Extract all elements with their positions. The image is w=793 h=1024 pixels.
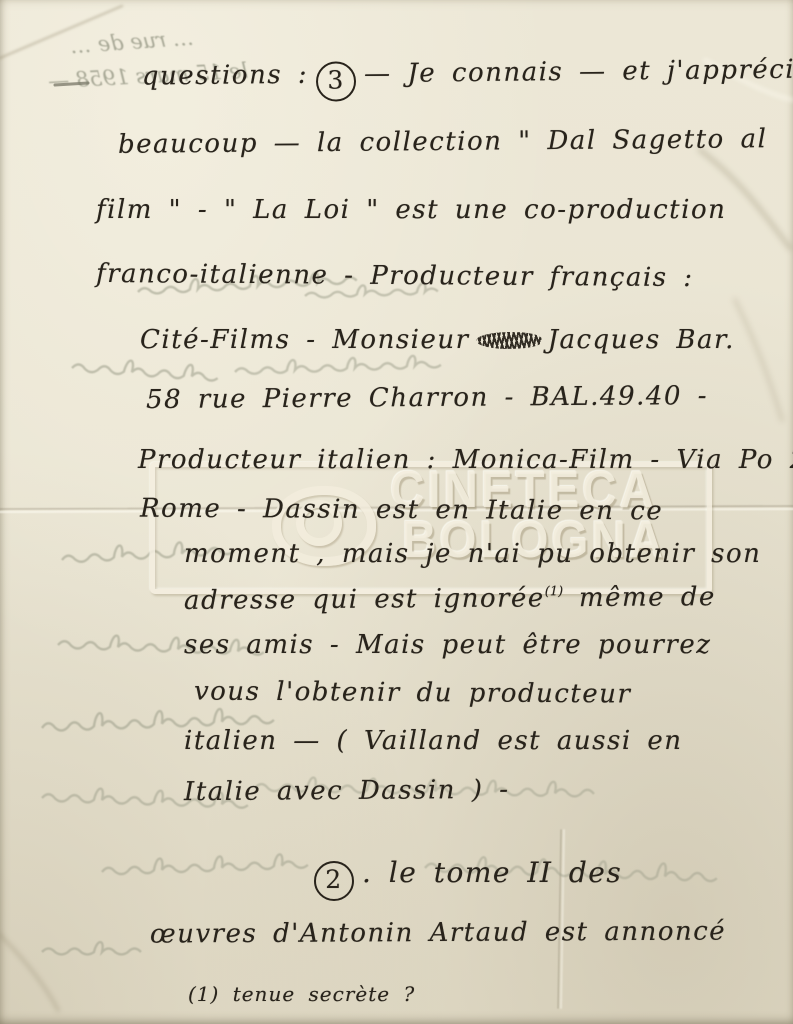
circled-number-3: 3 (316, 61, 356, 101)
handwritten-line: franco-italienne - Producteur français : (96, 259, 694, 293)
handwritten-line: beaucoup — la collection " Dal Sagetto a… (118, 124, 768, 160)
scribbled-out-word (475, 331, 542, 350)
bleedthrough-squiggle (102, 853, 308, 874)
bleedthrough-address-line: … rue de … (69, 26, 194, 59)
handwritten-line: Italie avec Dassin ) - (184, 775, 510, 807)
line-text: Cité-Films - Monsieur (140, 325, 470, 355)
bleedthrough-squiggle (72, 357, 219, 381)
footnote-marker: (1) (545, 584, 564, 599)
handwritten-line: 2. le tome II des (306, 856, 622, 901)
line-text: questions : (142, 60, 308, 92)
handwritten-line: 58 rue Pierre Charron - BAL.49.40 - (146, 381, 708, 415)
handwritten-line: italien — ( Vailland est aussi en (184, 726, 683, 756)
bleedthrough-squiggle (235, 355, 441, 375)
handwritten-line: Cité-Films - MonsieurJacques Bar. (140, 325, 735, 355)
line-text: — Je connais — et j'apprécie (364, 54, 793, 89)
handwritten-line: Rome - Dassin est en Italie en ce (140, 494, 663, 527)
letter-page: … rue de … le 15 mars 1958 — CINETECA BO… (0, 0, 793, 1024)
line-text: adresse qui est ignorée (184, 583, 545, 616)
handwritten-line: film " - " La Loi " est une co-productio… (96, 195, 726, 225)
line-text: même de (579, 582, 716, 613)
handwritten-line: adresse qui est ignorée(1) même de (184, 582, 716, 616)
handwritten-line: questions :3— Je connais — et j'apprécie (142, 54, 793, 103)
texture-mark (735, 300, 782, 420)
handwritten-line: œuvres d'Antonin Artaud est annoncé (150, 916, 726, 949)
footnote-line: (1) tenue secrète ? (188, 982, 415, 1006)
handwritten-line: vous l'obtenir du producteur (194, 676, 632, 709)
circled-number-2: 2 (314, 861, 354, 901)
handwritten-line: moment , mais je n'ai pu obtenir son (184, 539, 761, 569)
handwritten-line: Producteur italien : Monica-Film - Via P… (138, 445, 793, 475)
line-text: . le tome II des (362, 856, 622, 889)
line-text: Jacques Bar. (548, 325, 735, 355)
texture-mark (0, 935, 58, 1010)
handwritten-line: ses amis - Mais peut être pourrez (184, 630, 711, 660)
bleedthrough-squiggle (42, 942, 141, 954)
